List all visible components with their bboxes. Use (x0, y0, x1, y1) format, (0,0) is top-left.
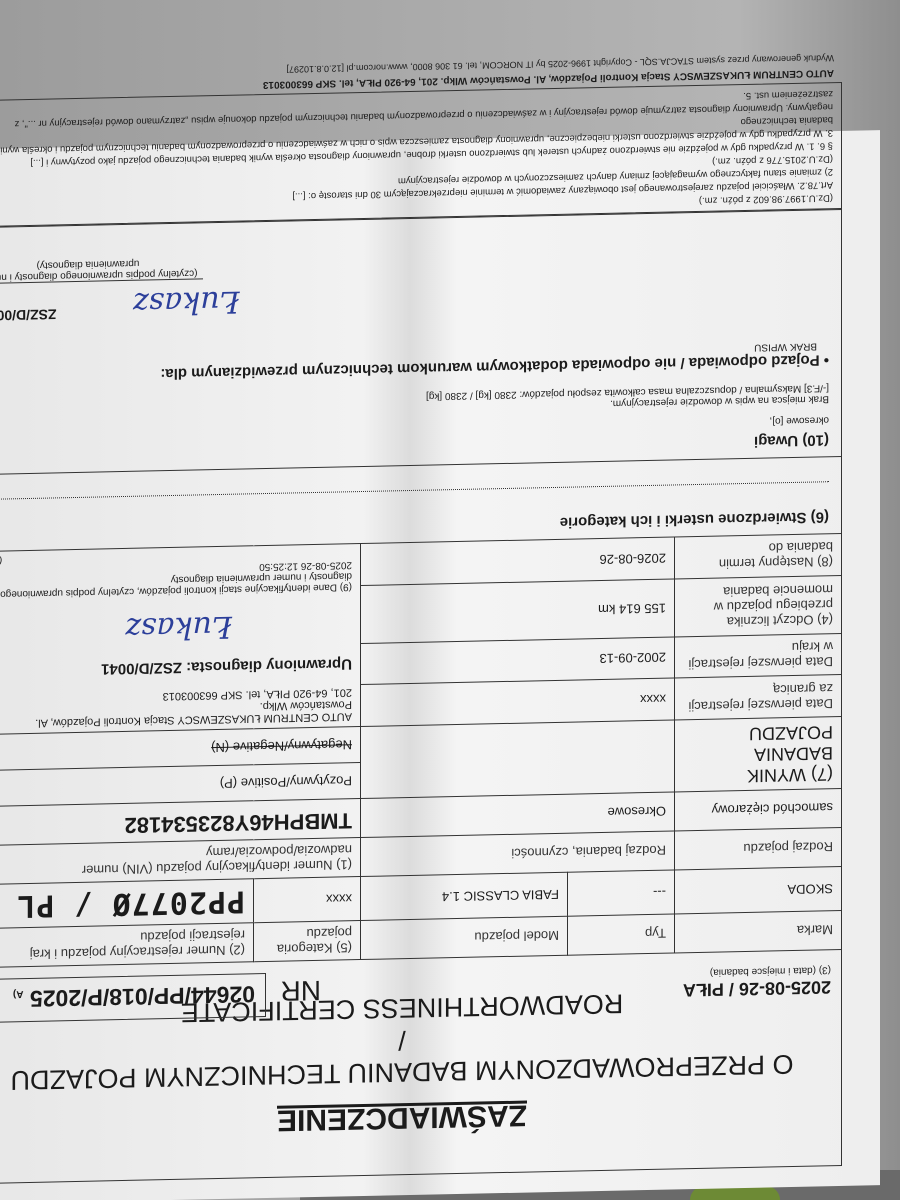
certificate-number: 02644/PP/018/P/2025 A) (0, 973, 266, 1023)
vin-value: TMBPH46Y823534182 (125, 808, 352, 838)
odometer-label: (4) Odczyt licznika przebiegu pojazdu w … (675, 575, 842, 636)
next-inspection-value: 2026-08-26 (361, 537, 675, 585)
diagnostician-signature: Łukasz (0, 609, 232, 649)
vehicle-kind-label: Rodzaj pojazdu (675, 827, 842, 869)
certificate-number-value: 02644/PP/018/P/2025 (30, 981, 255, 1012)
first-reg-country-label: Data pierwszej rejestracji w kraju (675, 633, 842, 678)
next-inspection-label: (8) Następny termin badania do (675, 533, 842, 578)
remarks-section: (10) Uwagi okresowe [o], Brak miejsca na… (0, 209, 842, 474)
first-reg-country-value: 2002-09-13 (361, 636, 675, 684)
vehicle-kind-value: samochód ciężarowy (675, 788, 842, 830)
footnote-mark: A) (13, 988, 24, 999)
result-label: (7) WYNIK BADANIA POJAZDU (675, 716, 842, 791)
model-value: FABIA CLASSIC 1.4 (361, 872, 568, 920)
first-reg-abroad-value: xxxx (361, 678, 675, 726)
inspection-date-place: 2025-08-26 / PIŁA (683, 976, 831, 1000)
odometer-value: 155 614 km (361, 579, 675, 643)
category-value: xxxx (254, 877, 361, 923)
make-value: SKODA (675, 866, 842, 913)
diagnostician-id: Uprawniony diagnosta: ZSZ/D/0041 (0, 655, 352, 680)
legal-notes: (Dz.U.1997.98.602 z późn. zm.) Art.78.2.… (0, 82, 842, 227)
remarks-signature: Łukasz (133, 284, 240, 321)
category-label: (5) Kategoria pojazdu (254, 921, 361, 962)
registration-label: (2) Numer rejestracyjny pojazdu i kraj r… (0, 923, 254, 968)
registration-value: PP2077Ø / PL (16, 883, 245, 923)
certificate-number-label: NR (281, 974, 321, 1007)
make-label: Marka (675, 910, 842, 952)
result-spacer (361, 720, 675, 799)
model-label: Model pojazdu (361, 916, 568, 959)
registration-cell: PP2077Ø / PL (0, 879, 254, 929)
roadworthiness-certificate: ZAŚWIADCZENIE O PRZEPROWADZONYM BADANIU … (0, 130, 880, 1200)
type-value: --- (568, 870, 675, 916)
signature-caption: (czytelny podpis uprawnionego diagnosty … (0, 256, 203, 284)
first-reg-abroad-label: Data pierwszej rejestracji za granicą (675, 675, 842, 720)
diagnostician-code: ZSZ/D/0041 (0, 306, 56, 324)
certificate-header: ZAŚWIADCZENIE O PRZEPROWADZONYM BADANIU … (0, 950, 842, 1184)
document-title: ZAŚWIADCZENIE (0, 1091, 841, 1143)
station-stamp-cell: AUTO CENTRUM ŁUKASZEWSCY Stacja Kontroli… (0, 544, 361, 735)
vehicle-table: Marka Typ Model pojazdu (5) Kategoria po… (0, 533, 842, 968)
inspection-kind-label: Rodzaj badania, czynności (361, 831, 675, 877)
inspection-kind-value: Okresowe (361, 792, 675, 838)
type-label: Typ (568, 914, 675, 955)
